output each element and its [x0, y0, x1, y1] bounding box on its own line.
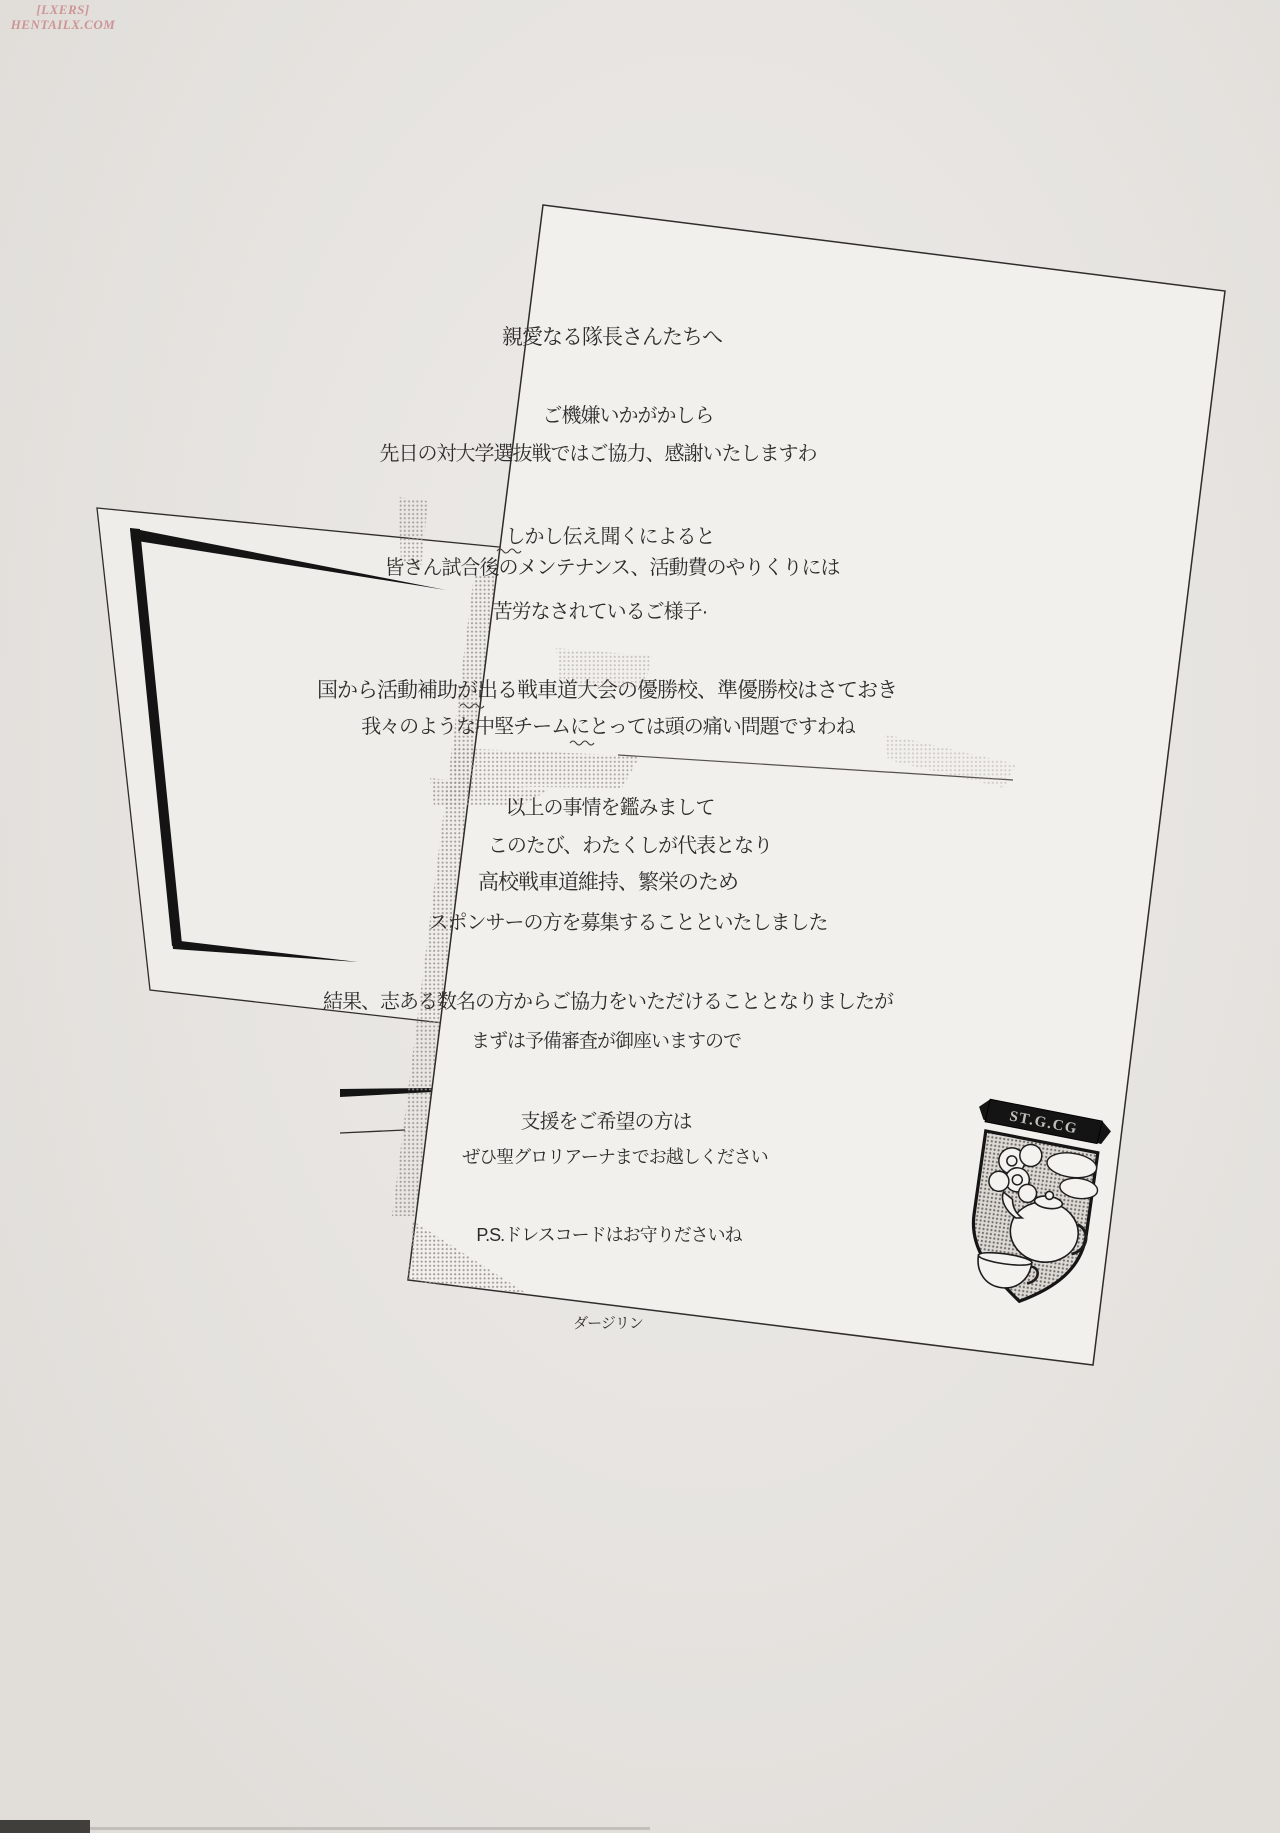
- hidden-sheet-edge-thin: [340, 1130, 405, 1133]
- scanner-artifact-line: [90, 1827, 650, 1830]
- scanned-letter-page: { "watermark": { "line1": "[LXERS]", "li…: [0, 0, 1280, 1833]
- watermark-line2: HENTAILX.COM: [2, 17, 124, 32]
- watermark-line1: [LXERS]: [2, 2, 124, 17]
- watermark: [LXERS] HENTAILX.COM: [2, 2, 124, 32]
- scanner-artifact-corner: [0, 1820, 90, 1833]
- letter-artwork: ST.G.CG: [0, 0, 1280, 1833]
